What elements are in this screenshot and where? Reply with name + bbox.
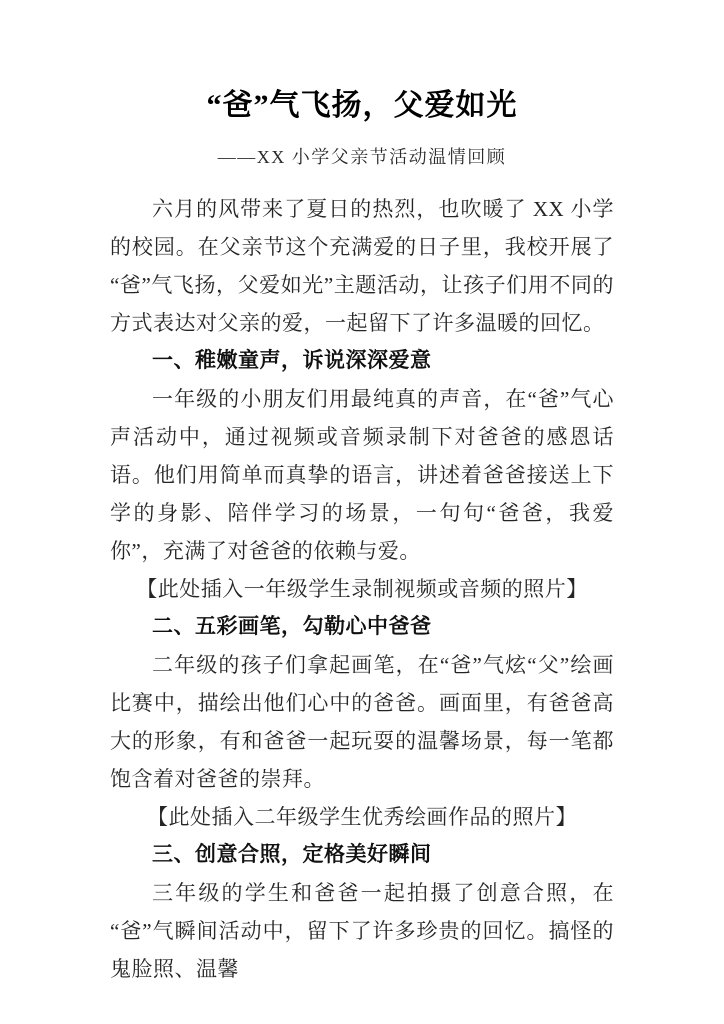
section-2-photo-placeholder: 【此处插入二年级学生优秀绘画作品的照片】 [110,798,614,836]
section-3-heading: 三、创意合照，定格美好瞬间 [110,836,614,874]
intro-paragraph: 六月的风带来了夏日的热烈，也吹暖了 XX 小学的校园。在父亲节这个充满爱的日子里… [110,190,614,342]
section-1-photo-placeholder: 【此处插入一年级学生录制视频或音频的照片】 [110,570,614,608]
section-1-heading: 一、稚嫩童声，诉说深深爱意 [110,342,614,380]
section-1-paragraph: 一年级的小朋友们用最纯真的声音，在“爸”气心声活动中，通过视频或音频录制下对爸爸… [110,380,614,570]
section-2-heading: 二、五彩画笔，勾勒心中爸爸 [110,608,614,646]
document-page: “爸”气飞扬，父爱如光 ——XX 小学父亲节活动温情回顾 六月的风带来了夏日的热… [0,0,724,1024]
section-3-paragraph: 三年级的学生和爸爸一起拍摄了创意合照，在“爸”气瞬间活动中，留下了许多珍贵的回忆… [110,874,614,988]
document-title: “爸”气飞扬，父爱如光 [110,86,614,126]
document-subtitle: ——XX 小学父亲节活动温情回顾 [110,144,614,170]
section-2-paragraph: 二年级的孩子们拿起画笔，在“爸”气炫“父”绘画比赛中，描绘出他们心中的爸爸。画面… [110,646,614,798]
